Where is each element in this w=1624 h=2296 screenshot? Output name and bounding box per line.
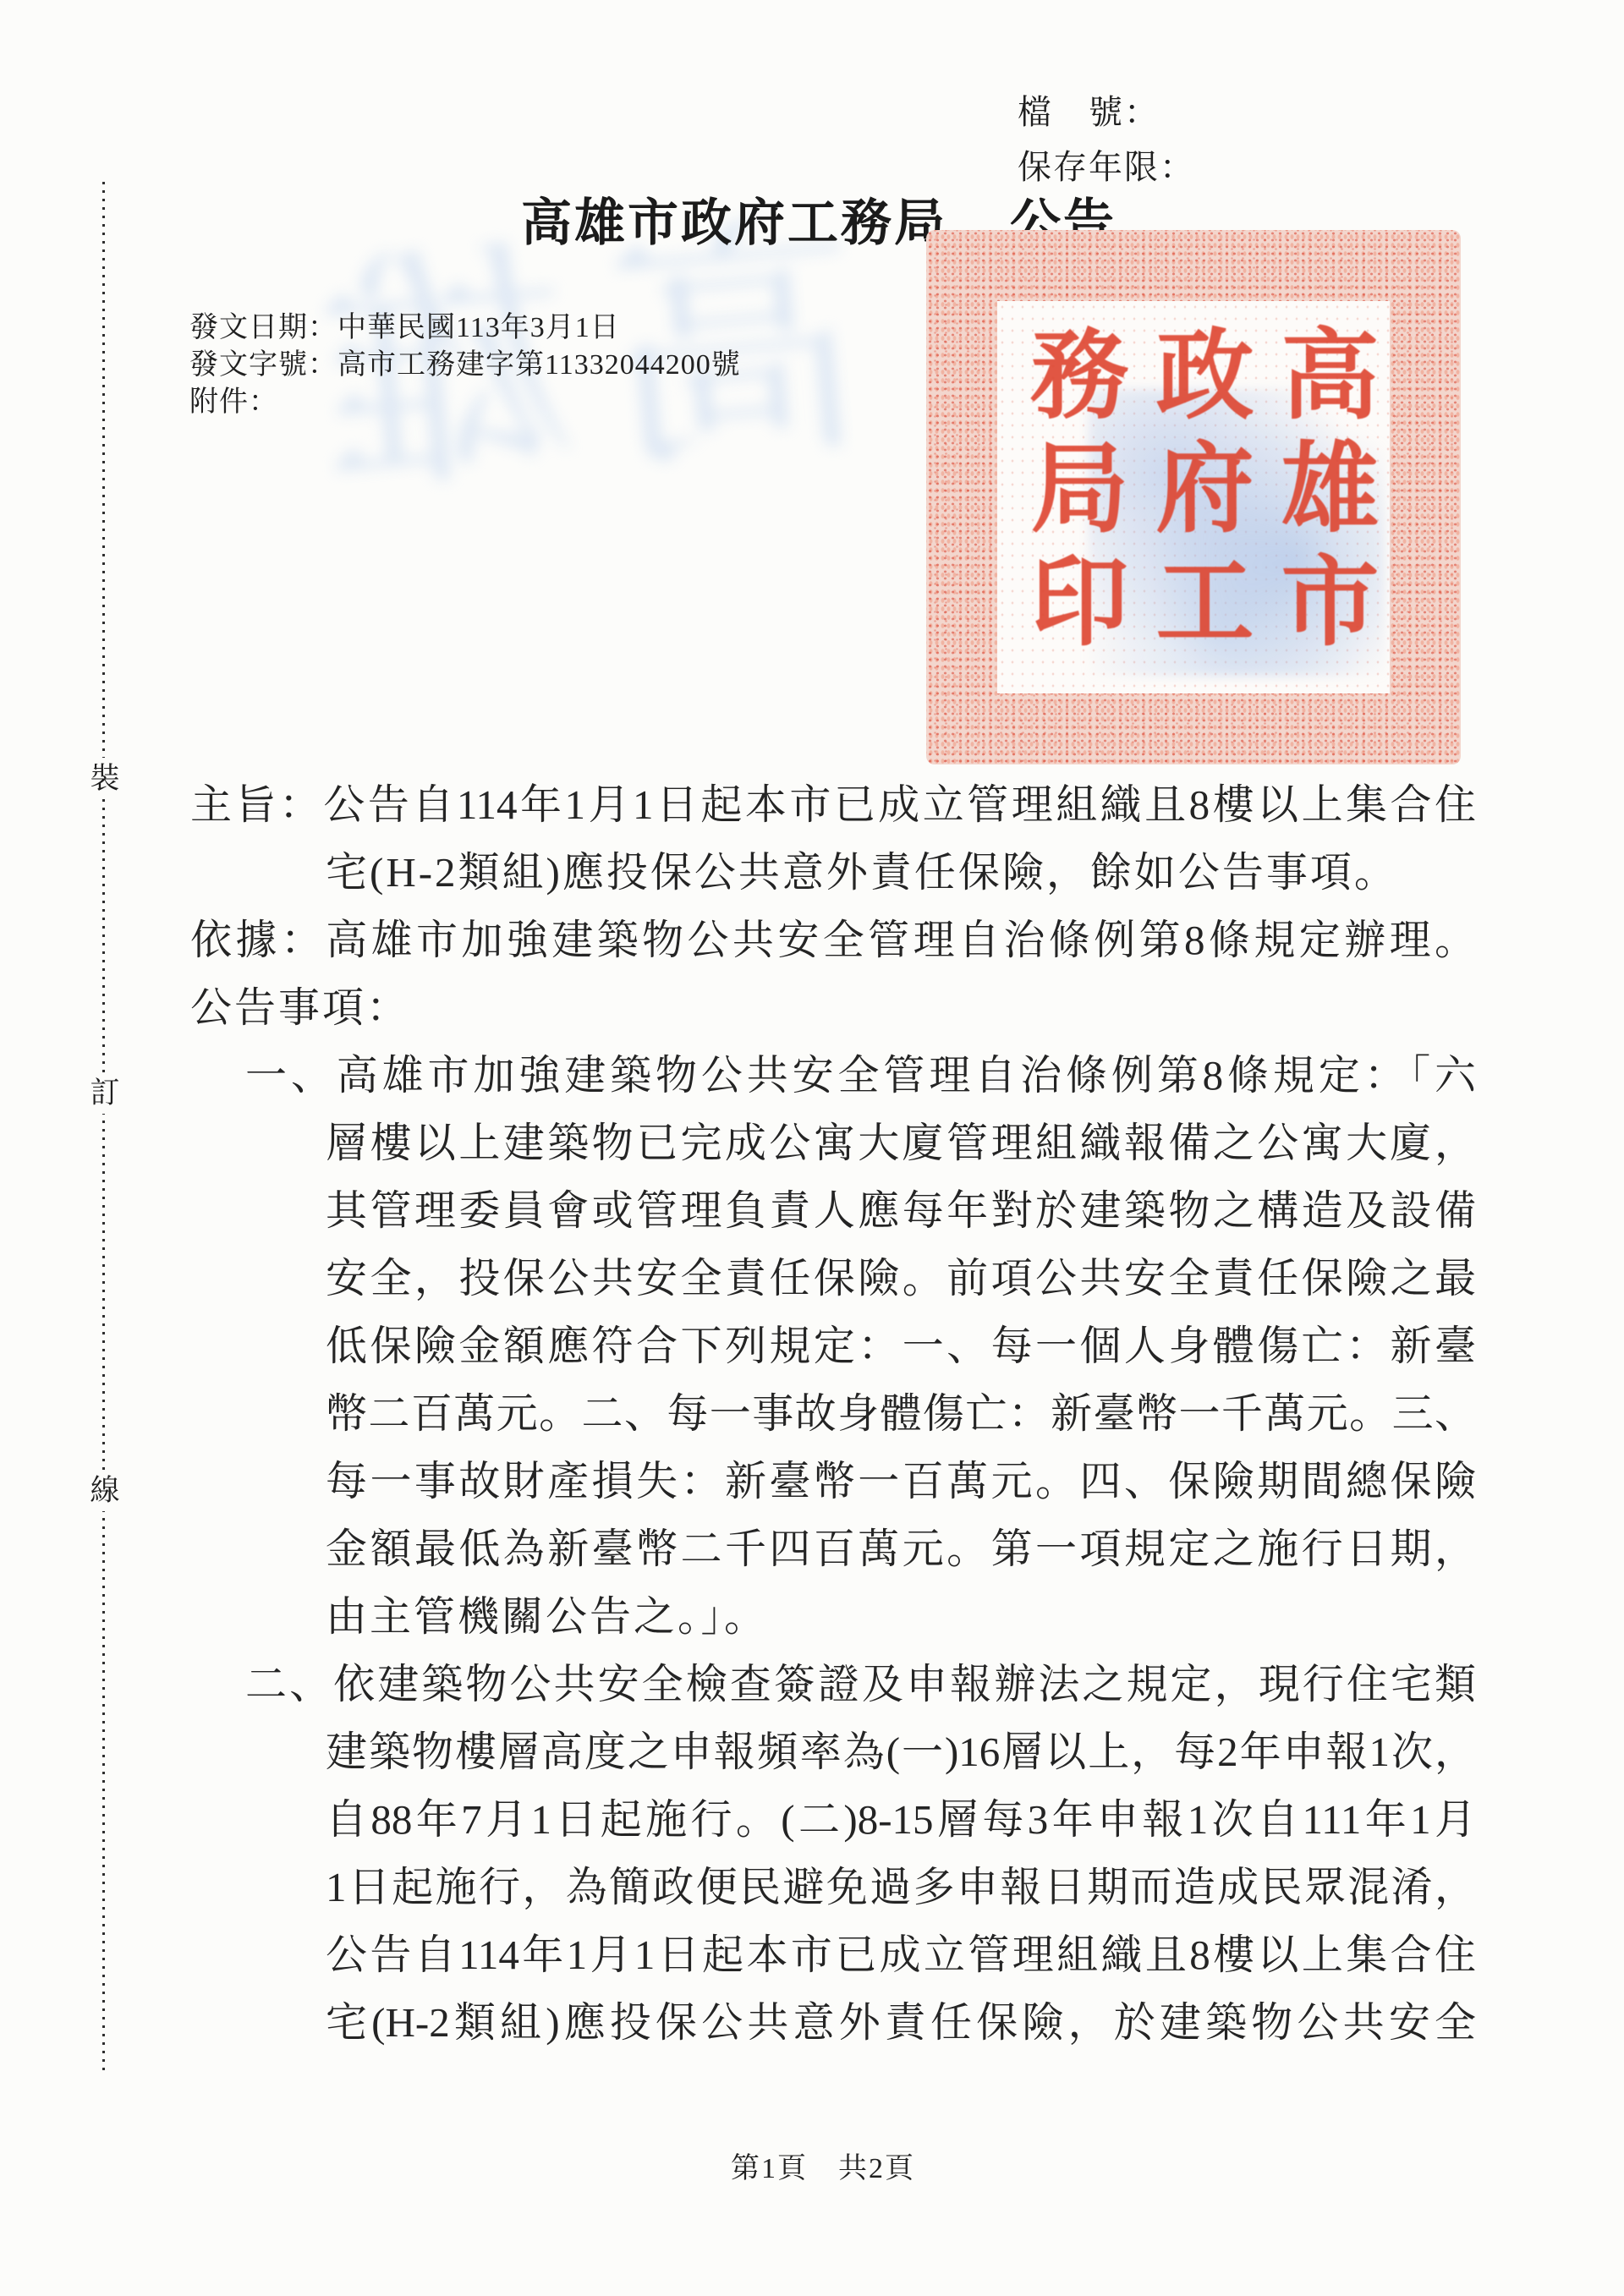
body-line: 層樓以上建築物已完成公寓大廈管理組織報備之公寓大廈， — [326, 1118, 1476, 1169]
body-line: 宅(H-2類組)應投保公共意外責任保險，餘如公告事項。 — [326, 847, 1398, 898]
seal-glyphs: 高雄市政府工務局印 — [1007, 323, 1383, 678]
archive-labels: 檔 號： 保存年限： — [1018, 85, 1195, 195]
binding-dotted-line — [102, 182, 105, 2076]
binding-mark: 訂 — [87, 1072, 123, 1114]
binding-mark: 裝 — [87, 758, 123, 799]
file-number-label: 檔 號： — [1018, 85, 1195, 140]
body-line: 安全，投保公共安全責任保險。前項公共安全責任保險之最 — [326, 1253, 1476, 1304]
body-line: 由主管機關公告之。」。 — [326, 1592, 768, 1642]
body-line: 公告自114年1月1日起本市已成立管理組織且8樓以上集合住 — [326, 1930, 1476, 1981]
body-line: 每一事故財產損失：新臺幣一百萬元。四、保險期間總保險 — [326, 1456, 1476, 1507]
official-seal-inner: 高雄市政府工務局印 — [997, 301, 1390, 693]
body-line: 1日起施行，為簡政便民避免過多申報日期而造成民眾混淆， — [326, 1862, 1476, 1913]
binding-mark: 線 — [87, 1470, 123, 1511]
body-line: 低保險金額應符合下列規定：一、每一個人身體傷亡：新臺 — [326, 1321, 1476, 1372]
issue-date-line: 發文日期：中華民國113年3月1日 — [189, 310, 741, 347]
body-line: 公告事項： — [190, 983, 410, 1033]
page-footer: 第1頁 共2頁 — [731, 2145, 915, 2186]
body-line: 幣二百萬元。二、每一事故身體傷亡：新臺幣一千萬元。三、 — [326, 1389, 1476, 1439]
body-line: 主旨：公告自114年1月1日起本市已成立管理組織且8樓以上集合住 — [190, 780, 1476, 830]
document-meta: 發文日期：中華民國113年3月1日 發文字號：高市工務建字第1133204420… — [189, 310, 741, 421]
attachment-line: 附件： — [189, 384, 741, 421]
body-line: 依據：高雄市加強建築物公共安全管理自治條例第8條規定辦理。 — [190, 915, 1476, 966]
body-line: 宅(H-2類組)應投保公共意外責任保險，於建築物公共安全 — [326, 1997, 1476, 2048]
title-organization: 高雄市政府工務局 — [521, 195, 947, 251]
doc-number-line: 發文字號：高市工務建字第11332044200號 — [189, 347, 741, 384]
official-seal: 高雄市政府工務局印 — [926, 230, 1461, 764]
body-line: 其管理委員會或管理負責人應每年對於建築物之構造及設備 — [326, 1186, 1476, 1236]
body-line: 建築物樓層高度之申報頻率為(一)16層以上，每2年申報1次， — [326, 1727, 1476, 1778]
body-line: 自88年7月1日起施行。(二)8-15層每3年申報1次自111年1月 — [326, 1795, 1476, 1845]
body-line: 二、依建築物公共安全檢查簽證及申報辦法之規定，現行住宅類 — [245, 1659, 1476, 1710]
document-page: 高雄 檔 號： 保存年限： 高雄市政府工務局公告 發文日期：中華民國113年3月… — [0, 0, 1624, 2296]
body-line: 金額最低為新臺幣二千四百萬元。第一項規定之施行日期， — [326, 1524, 1476, 1575]
body-line: 一、高雄市加強建築物公共安全管理自治條例第8條規定：「六 — [245, 1050, 1476, 1101]
